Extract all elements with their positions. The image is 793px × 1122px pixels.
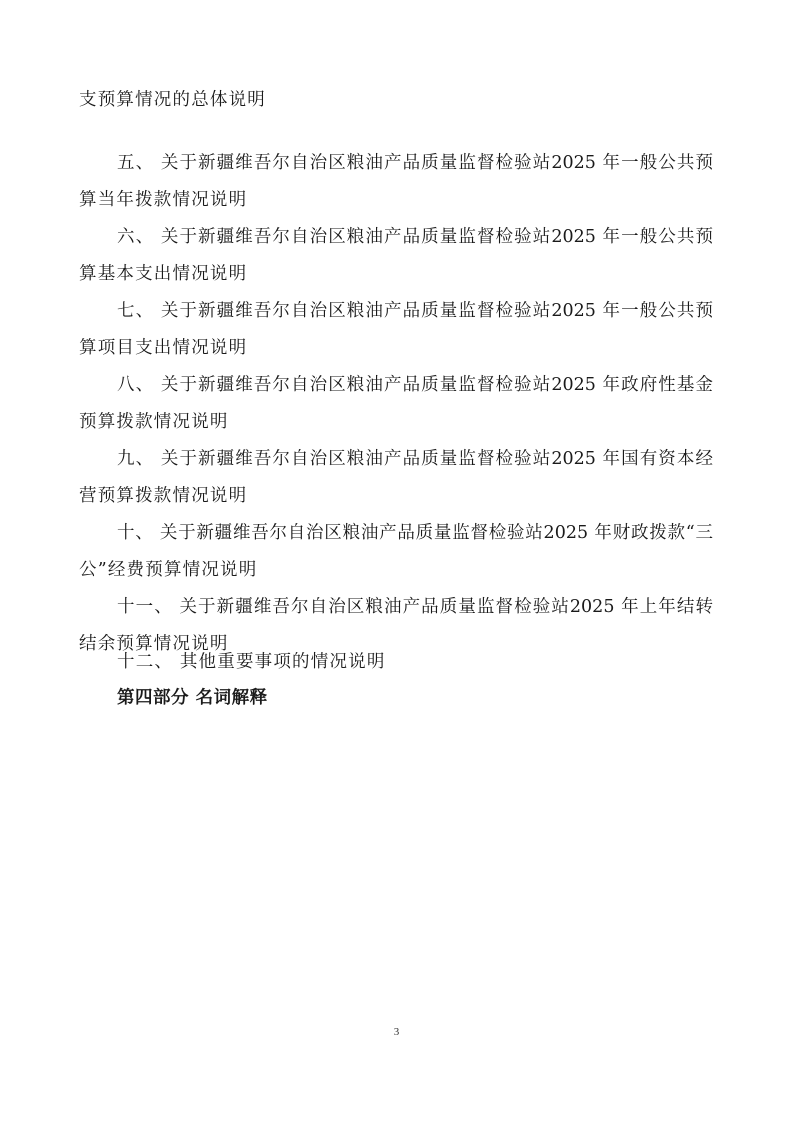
toc-item-line2: 公”经费预算情况说明 [79,559,713,581]
toc-item-line1: 五、 关于新疆维吾尔自治区粮油产品质量监督检验站2025 年一般公共预 [117,152,713,174]
toc-item-line1: 十二、 其他重要事项的情况说明 [117,651,713,673]
toc-item-line2: 算当年拨款情况说明 [79,189,713,211]
toc-item-line2: 算基本支出情况说明 [79,263,713,285]
toc-item-line1: 八、 关于新疆维吾尔自治区粮油产品质量监督检验站2025 年政府性基金 [117,374,713,396]
section-heading: 第四部分 名词解释 [117,687,713,709]
toc-item-line1: 七、 关于新疆维吾尔自治区粮油产品质量监督检验站2025 年一般公共预 [117,300,713,322]
toc-item-line1: 九、 关于新疆维吾尔自治区粮油产品质量监督检验站2025 年国有资本经 [117,448,713,470]
toc-item-line2: 算项目支出情况说明 [79,337,713,359]
toc-item-line2: 营预算拨款情况说明 [79,485,713,507]
document-page: 支预算情况的总体说明 五、 关于新疆维吾尔自治区粮油产品质量监督检验站2025 … [0,0,793,1122]
continuation-line: 支预算情况的总体说明 [79,89,713,111]
toc-item-line1: 十一、 关于新疆维吾尔自治区粮油产品质量监督检验站2025 年上年结转 [117,596,713,618]
toc-item-line1: 十、 关于新疆维吾尔自治区粮油产品质量监督检验站2025 年财政拨款“三 [117,522,713,544]
page-number: 3 [0,1026,793,1038]
toc-item-line2: 预算拨款情况说明 [79,411,713,433]
toc-item-line1: 六、 关于新疆维吾尔自治区粮油产品质量监督检验站2025 年一般公共预 [117,226,713,248]
